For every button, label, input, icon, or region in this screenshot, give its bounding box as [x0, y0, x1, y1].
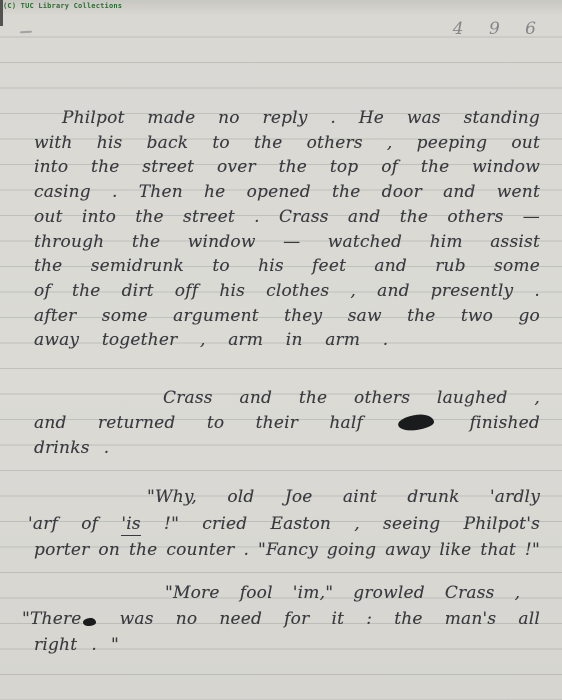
- manuscript-line: 'arf of 'is !" cried Easton , seeing Phi…: [28, 511, 540, 538]
- manuscript-line: "More fool 'im," growled Crass ,: [34, 580, 540, 606]
- text-segment: out into the street . Crass and the othe…: [34, 207, 540, 227]
- text-segment: and returned to their half: [34, 413, 394, 433]
- manuscript-line: of the dirt off his clothes , and presen…: [34, 279, 540, 304]
- paragraph: Philpot made no reply . He was standingw…: [34, 106, 540, 353]
- manuscript-line: into the street over the top of the wind…: [34, 155, 540, 180]
- text-segment: Crass and the others laughed ,: [163, 388, 540, 408]
- manuscript-page: (C) TUC Library Collections 4 9 6 Philpo…: [0, 0, 562, 700]
- manuscript-line: Philpot made no reply . He was standing: [34, 106, 540, 131]
- manuscript-line: and returned to their half finished: [34, 411, 540, 436]
- text-segment: right . ": [34, 635, 119, 655]
- text-segment: drinks .: [34, 438, 109, 458]
- manuscript-line: "There was no need for it : the man's al…: [22, 606, 540, 632]
- ink-blot: [82, 618, 96, 627]
- ink-blot: [398, 413, 436, 432]
- paragraph: "Why, old Joe aint drunk 'ardly'arf of '…: [34, 484, 540, 564]
- manuscript-line: porter on the counter . "Fancy going awa…: [34, 537, 540, 564]
- text-segment: after some argument they saw the two go: [34, 306, 540, 326]
- text-segment: was no need for it : the man's all: [98, 609, 540, 629]
- manuscript-line: the semidrunk to his feet and rub some: [34, 254, 540, 279]
- text-segment: !" cried Easton , seeing Philpot's: [141, 514, 540, 534]
- underlined-text: 'is: [121, 514, 140, 536]
- text-segment: "Why, old Joe aint drunk 'ardly: [147, 487, 540, 507]
- manuscript-line: after some argument they saw the two go: [34, 304, 540, 329]
- text-segment: finished: [438, 413, 540, 433]
- manuscript-line: right . ": [34, 632, 540, 658]
- manuscript-line: out into the street . Crass and the othe…: [34, 205, 540, 230]
- text-segment: casing . Then he opened the door and wen…: [34, 182, 540, 202]
- manuscript-line: through the window — watched him assist: [34, 230, 540, 255]
- manuscript-line: "Why, old Joe aint drunk 'ardly: [34, 484, 540, 511]
- text-segment: through the window — watched him assist: [34, 232, 540, 252]
- paragraph: Crass and the others laughed ,and return…: [34, 386, 540, 461]
- manuscript-line: drinks .: [34, 436, 540, 461]
- text-segment: the semidrunk to his feet and rub some: [34, 256, 540, 276]
- manuscript-line: away together , arm in arm .: [34, 328, 540, 353]
- text-segment: Philpot made no reply . He was standing: [62, 108, 540, 128]
- text-segment: "More fool 'im," growled Crass ,: [165, 583, 520, 603]
- text-segment: into the street over the top of the wind…: [34, 157, 540, 177]
- text-segment: 'arf of: [28, 514, 121, 534]
- manuscript-text: Philpot made no reply . He was standingw…: [0, 0, 562, 700]
- text-segment: away together , arm in arm .: [34, 330, 388, 350]
- text-segment: "There: [22, 609, 82, 629]
- text-segment: with his back to the others , peeping ou…: [34, 133, 540, 153]
- paragraph: "More fool 'im," growled Crass ,"There w…: [34, 580, 540, 658]
- manuscript-line: casing . Then he opened the door and wen…: [34, 180, 540, 205]
- manuscript-line: with his back to the others , peeping ou…: [34, 131, 540, 156]
- text-segment: porter on the counter . "Fancy going awa…: [34, 540, 540, 560]
- text-segment: of the dirt off his clothes , and presen…: [34, 281, 540, 301]
- manuscript-line: Crass and the others laughed ,: [34, 386, 540, 411]
